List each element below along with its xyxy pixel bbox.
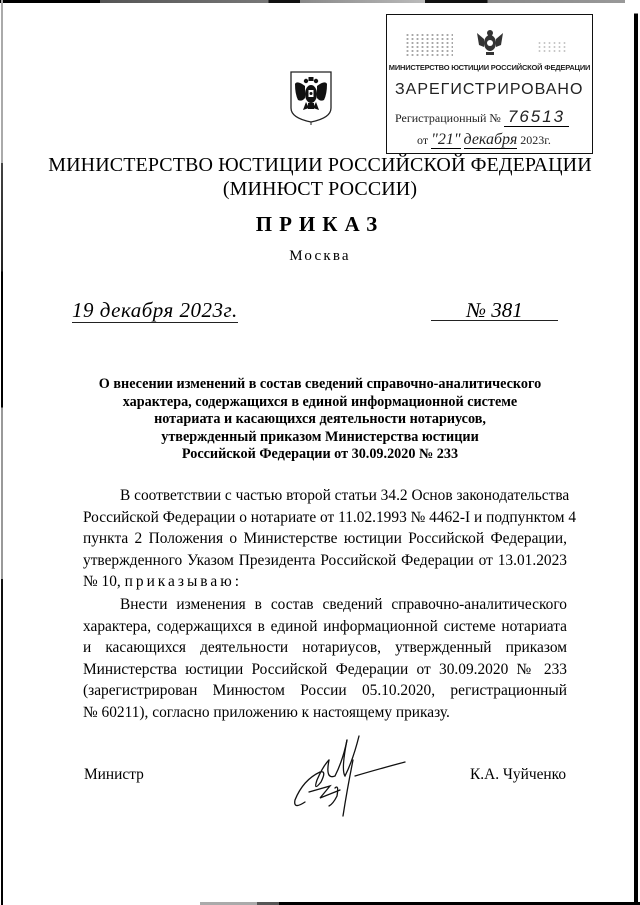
stamp-reg-number: 76513 — [504, 107, 569, 127]
stamp-organization: МИНИСТЕРСТВО ЮСТИЦИИ РОССИЙСКОЙ ФЕДЕРАЦИ… — [387, 63, 592, 72]
paragraph-line: характера, содержащихся в единой информа… — [83, 616, 567, 638]
paragraph-line: и касающихся деятельности нотариусов, ут… — [83, 637, 567, 659]
ministry-heading: МИНИСТЕРСТВО ЮСТИЦИИ РОССИЙСКОЙ ФЕДЕРАЦИ… — [0, 153, 640, 201]
stamp-date-day: "21" — [431, 131, 460, 149]
subject-line: утвержденный приказом Министерства юстиц… — [70, 429, 570, 447]
order-number: № 381 — [431, 298, 558, 321]
decree-number: № 10, — [83, 573, 121, 590]
stamp-date-row: от "21" декабря 2023г. — [417, 131, 587, 149]
stamp-eagle-icon — [475, 25, 505, 59]
stamp-speckle — [537, 41, 567, 53]
operative-paragraph: Внести изменения в состав сведений справ… — [83, 594, 567, 724]
stamp-emblem-row — [387, 21, 592, 61]
paragraph-line: утвержденного Указом Президента Российск… — [83, 550, 567, 572]
paragraph-line: В соответствии с частью второй статьи 34… — [83, 485, 567, 507]
paragraph-line: Внести изменения в состав сведений справ… — [83, 594, 567, 616]
signer-position: Министр — [84, 766, 144, 784]
document-type-title: ПРИКАЗ — [0, 212, 640, 237]
order-date: 19 декабря 2023г. — [72, 298, 238, 323]
signer-name: К.А. Чуйченко — [470, 766, 566, 784]
stamp-registration-number-row: Регистрационный № 76513 — [395, 107, 587, 127]
preamble-paragraph: В соответствии с частью второй статьи 34… — [83, 485, 567, 593]
subject-line: нотариата и касающихся деятельности нота… — [70, 411, 570, 429]
paragraph-line: Министерства юстиции Российской Федераци… — [83, 659, 567, 681]
paragraph-line-final: № 10, приказываю: — [83, 571, 567, 593]
directive-word: приказываю: — [125, 573, 242, 590]
scan-border-top — [0, 0, 625, 3]
paragraph-line: № 60211), согласно приложению к настояще… — [83, 702, 567, 724]
handwritten-signature-icon — [285, 730, 445, 830]
scan-border-right — [634, 0, 638, 905]
ministry-short-name: (МИНЮСТ РОССИИ) — [0, 177, 640, 201]
subject-line: О внесении изменений в состав сведений с… — [70, 376, 570, 394]
stamp-date-month: декабря — [464, 131, 518, 149]
paragraph-line: пункта 2 Положения о Министерстве юстици… — [83, 528, 567, 550]
stamp-reg-label: Регистрационный № — [395, 111, 501, 125]
stamp-date-prefix: от — [417, 133, 428, 147]
city: Москва — [0, 248, 640, 265]
stamp-date-year: 2023г. — [520, 133, 551, 147]
subject-line: характера, содержащихся в единой информа… — [70, 394, 570, 412]
paragraph-line: (зарегистрирован Минюстом России 05.10.2… — [83, 680, 567, 702]
registration-stamp: МИНИСТЕРСТВО ЮСТИЦИИ РОССИЙСКОЙ ФЕДЕРАЦИ… — [386, 14, 593, 154]
stamp-status: ЗАРЕГИСТРИРОВАНО — [395, 81, 585, 99]
order-subject: О внесении изменений в состав сведений с… — [70, 376, 570, 464]
order-date-value: 19 декабря 2023г. — [72, 298, 238, 323]
paragraph-line: Российской Федерации о нотариате от 11.0… — [83, 507, 567, 529]
russian-coat-of-arms-icon — [286, 68, 336, 126]
ministry-name: МИНИСТЕРСТВО ЮСТИЦИИ РОССИЙСКОЙ ФЕДЕРАЦИ… — [0, 153, 640, 177]
scan-border-left — [1, 0, 3, 905]
stamp-speckle — [405, 33, 453, 57]
subject-line: Российской Федерации от 30.09.2020 № 233 — [70, 446, 570, 464]
